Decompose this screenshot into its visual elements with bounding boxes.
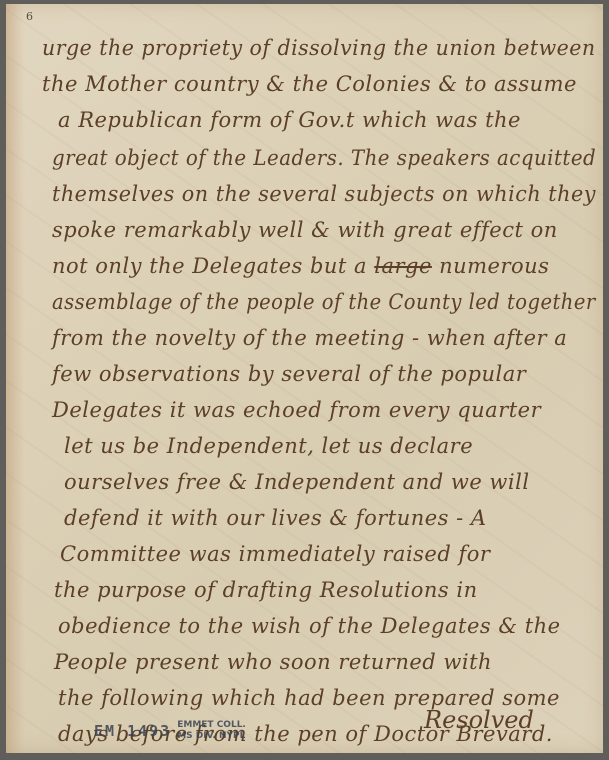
stamp-collection-line: EMMET COLL.	[177, 720, 246, 731]
stamp-division-line: MS DIV. NYPL	[177, 731, 246, 742]
manuscript-line: themselves on the several subjects on wh…	[52, 182, 596, 206]
manuscript-page: 6 urge the propriety of dissolving the u…	[6, 4, 603, 753]
manuscript-line: from the novelty of the meeting - when a…	[52, 326, 567, 350]
stamp-collection-block: EMMET COLL. MS DIV. NYPL	[177, 720, 246, 742]
manuscript-line: a Republican form of Gov.t which was the	[58, 108, 521, 132]
page-number: 6	[26, 10, 33, 23]
manuscript-line: obedience to the wish of the Delegates &…	[58, 614, 561, 638]
struck-word: large	[374, 254, 432, 278]
library-stamp: EM 1493 EMMET COLL. MS DIV. NYPL	[94, 720, 246, 742]
manuscript-line: few observations by several of the popul…	[52, 362, 526, 386]
manuscript-line: Delegates it was echoed from every quart…	[52, 398, 541, 422]
manuscript-line: assemblage of the people of the County l…	[52, 290, 596, 314]
stamp-accession-number: EM 1493	[94, 722, 171, 740]
manuscript-line: great object of the Leaders. The speaker…	[52, 146, 596, 170]
manuscript-line: ourselves free & Independent and we will	[64, 470, 530, 494]
paper-stain	[6, 4, 24, 753]
manuscript-line: spoke remarkably well & with great effec…	[52, 218, 558, 242]
scan-frame: 6 urge the propriety of dissolving the u…	[0, 0, 609, 760]
manuscript-line: not only the Delegates but a large numer…	[52, 254, 549, 278]
manuscript-line: the purpose of drafting Resolutions in	[54, 578, 478, 602]
manuscript-line: Committee was immediately raised for	[60, 542, 490, 566]
manuscript-line: let us be Independent, let us declare	[64, 434, 473, 458]
manuscript-line: urge the propriety of dissolving the uni…	[42, 36, 596, 60]
manuscript-line: People present who soon returned with	[54, 650, 492, 674]
manuscript-line: defend it with our lives & fortunes - A	[64, 506, 487, 530]
manuscript-line: the Mother country & the Colonies & to a…	[42, 72, 577, 96]
closing-word-resolved: Resolved	[424, 706, 534, 734]
